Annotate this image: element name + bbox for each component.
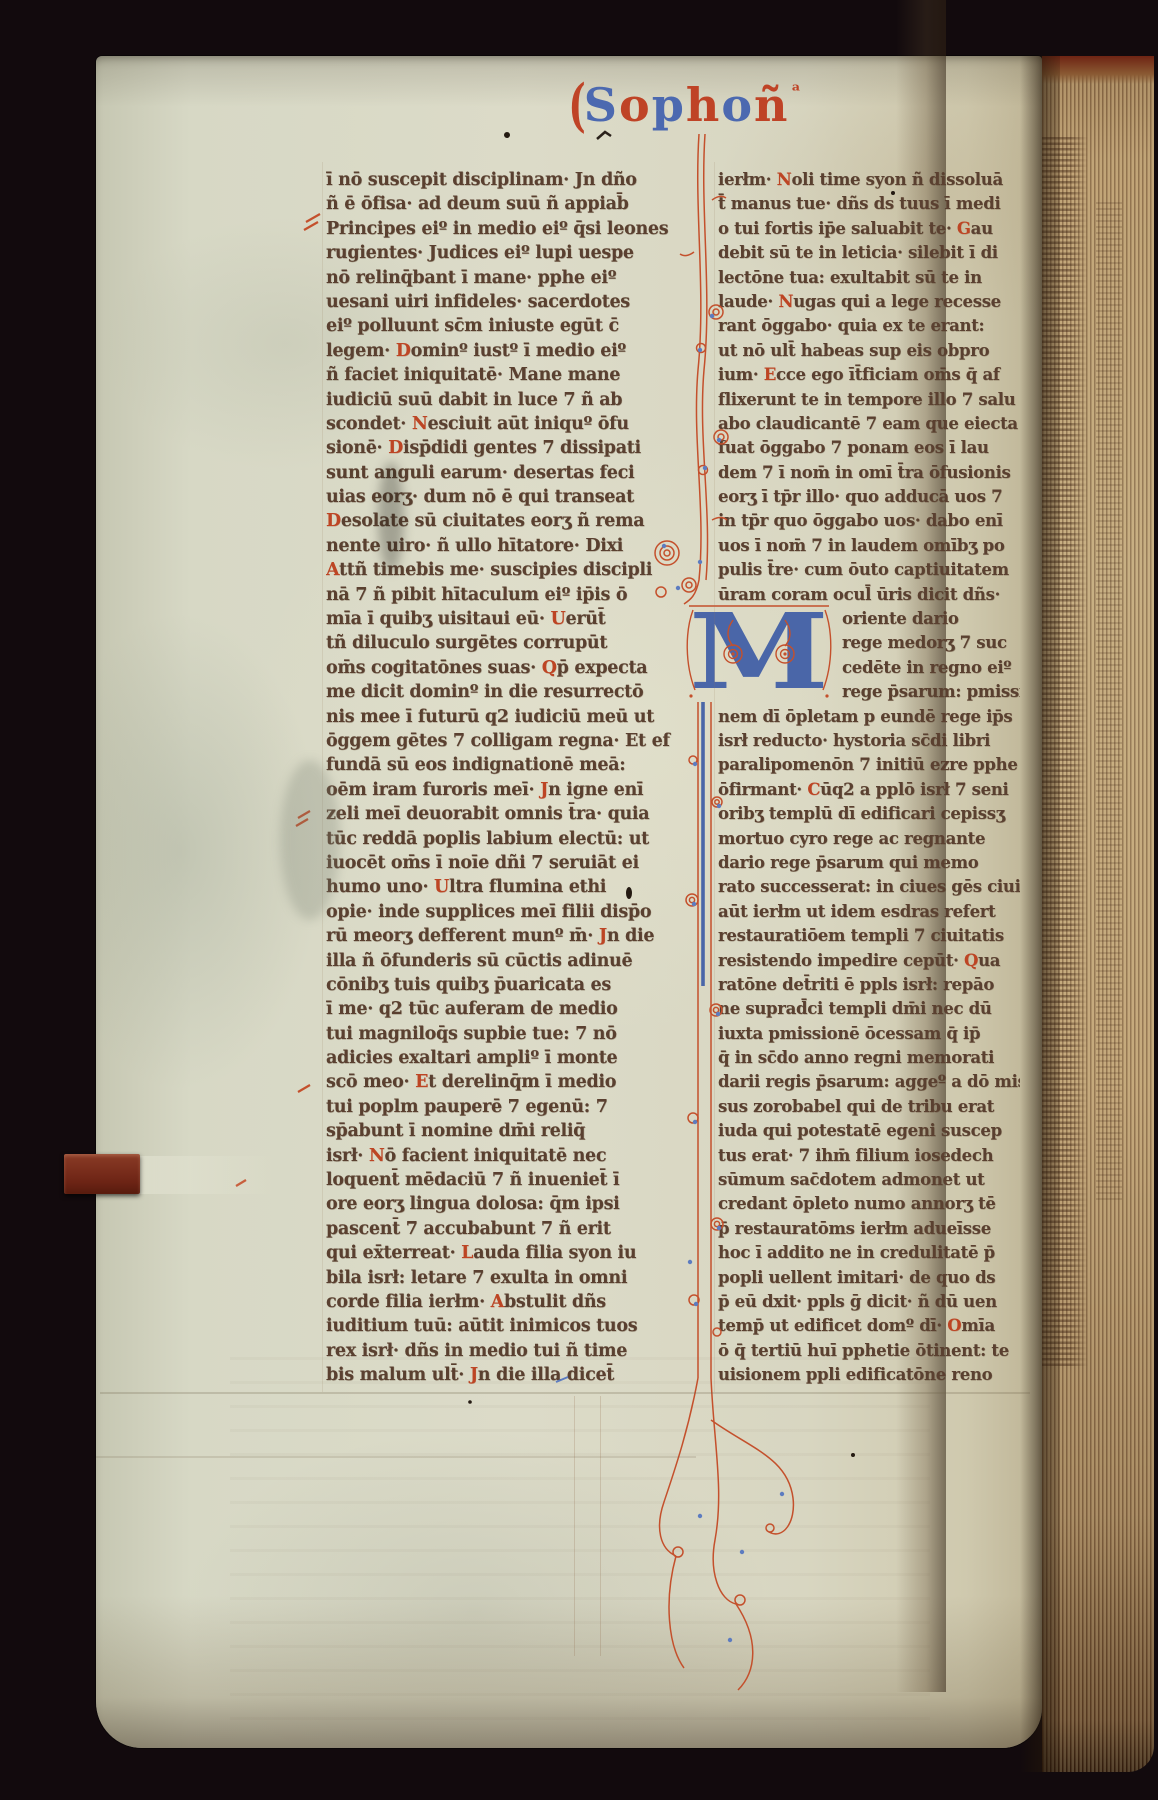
text-line: isrł reducto· hystoria sc̄di libri [718,729,1020,753]
text-line: ñ ē ōfisa· ad deum suū ñ appiab̄ [326,192,694,216]
text-line: tui poplm pauperē 7 egenū: 7 [326,1095,694,1119]
text-line: rant ōggabo· quia ex te erant: [718,314,1020,338]
running-title-letter: o [619,78,652,132]
vertical-showthrough-2 [600,1396,601,1656]
text-line: dem 7 ī nom̄ in omī t̄ra ōfusionis [718,461,1020,485]
text-line: ī nō suscepit disciplinam· Jn dño [326,168,694,192]
text-line: rex isrł· dñs in medio tui ñ time [326,1339,694,1363]
text-line: darii regis p̄sarum: aggeº a dō mis [718,1070,1020,1094]
text-line: ōfirmant· Cūq2 a pplō isrł 7 seni [718,778,1020,802]
running-title-letter: o [721,78,754,132]
text-line: iuocēt om̄s ī noīe dñi 7 seruiāt ei [326,851,694,875]
vertical-showthrough-1 [574,1396,575,1656]
running-title-letter: ñ [754,78,789,132]
text-line: ōggem gētes 7 colligam regna· Et ef [326,729,694,753]
text-line: tui magniloq̄s supbie tue: 7 nō [326,1022,694,1046]
ink-smudge [378,462,404,572]
text-bleed-through [230,1340,930,1720]
text-line: sionē· Disp̄didi gentes 7 dissipati [326,436,694,460]
text-line: in tp̄r quo ōggabo uos· dabo enī [718,509,1020,533]
text-line: paralipomenōn 7 initiū ezre pphe [718,753,1020,777]
text-line: q̄ in sc̄do anno regni memorati [718,1046,1020,1070]
binding-shadow [1020,56,1060,1772]
text-line: debit sū te in leticia· silebit ī di [718,241,1020,265]
text-line: loquent̄ mēdaciū 7 ñ inueniet̄ ī [326,1168,694,1192]
text-line: pulis t̄re· cum ōuto captiuitatem [718,558,1020,582]
text-line: rato successerat: in ciues gēs ciuit [718,875,1020,899]
text-line: cōnibʒ tuis quibʒ p̄uaricata es [326,973,694,997]
running-title-letter: S [584,78,619,132]
text-line: Attñ timebis me· suscipies discipli [326,558,694,582]
text-line: sūmum sac̄dotem admonet ut [718,1168,1020,1192]
text-line: mīa ī quibʒ uisitaui eū· Uerūt̄ [326,607,694,631]
text-line: sp̄abunt ī nomine dm̄i reliq̄ [326,1119,694,1143]
running-title: (Sophoñᵃ [566,62,803,120]
text-line: adicies exaltari ampliº ī monte [326,1046,694,1070]
text-line: ne suprad̄ci templi dm̄i nec dū [718,997,1020,1021]
text-line: hoc ī addito ne in credulitatē p̄ [718,1241,1020,1265]
text-line: popli uellent imitari· de quo ds [718,1266,1020,1290]
text-line: ore eorʒ lingua dolosa: q̄m ipsi [326,1192,694,1216]
text-line: ratōne det̄riti ē ppls isrł: repāo [718,973,1020,997]
text-line: tñ diluculo surgētes corrupūt [326,631,694,655]
running-title-letter: h [686,78,721,132]
text-line: resistendo impedire cepūt· Qua [718,949,1020,973]
text-line: opie· inde supplices meī filii disp̄o [326,900,694,924]
text-line: pascent̄ 7 accubabunt 7 ñ erit [326,1217,694,1241]
text-line: rū meorʒ defferent munº m̄· Jn die [326,924,694,948]
text-line: isrł· Nō facient iniquitatē nec [326,1144,694,1168]
text-column-right: ierłm· Noli time syon ñ dissoluāt̄ manus… [718,168,1020,1388]
text-line: lectōne tua: exultabit sū te in [718,266,1020,290]
horizontal-crease-1 [100,1392,1030,1394]
text-line: nis mee ī futurū q2 iudiciū meū ut [326,705,694,729]
text-line: nā 7 ñ pibit hītaculum eiº ip̄is ō [326,583,694,607]
text-line: fundā sū eos indignationē meā: [326,753,694,777]
text-line: sus zorobabel qui de tribu erat [718,1095,1020,1119]
text-line: eiº polluunt sc̄m iniuste egūt c̄ [326,314,694,338]
text-line: p̄ restauratōms ierłm adueīsse [718,1217,1020,1241]
text-line: p̄ eū dxit· ppls ḡ dicit· ñ dū uen [718,1290,1020,1314]
text-line: humo uno· Ultra flumina ethi [326,875,694,899]
text-line: uos ī nom̄ 7 in laudem omībʒ po [718,534,1020,558]
text-line: iuxta pmissionē ōcessam q̄ ip̄ [718,1022,1020,1046]
fore-edge-text-showthrough-2 [1096,200,1122,1200]
running-title-letter: p [652,78,686,132]
text-line: scondet· Nesciuit aūt iniquº ōfu [326,412,694,436]
text-line: mortuo cyro rege ac regnante [718,827,1020,851]
text-line: oribʒ templū dī edificari cepissʒ [718,802,1020,826]
text-line: abo claudicantē 7 eam que eiecta [718,412,1020,436]
text-line: restauratiōem templi 7 ciuitatis [718,924,1020,948]
text-line: iudiciū suū dabit in luce 7 ñ ab [326,388,694,412]
text-line: oēm iram furoris meī· Jn igne enī [326,778,694,802]
running-title-letter: ( [568,70,587,140]
initial-letter-glyph: M [689,602,829,702]
text-line: iuda qui potestatē egeni suscep [718,1119,1020,1143]
text-line: tus erat· 7 ihm̄ filium iosedech [718,1144,1020,1168]
text-line: ium· Ecce ego īt̄ficiam om̄s q̄ af [718,363,1020,387]
horizontal-crease-2 [96,1456,696,1458]
text-line: t̄ manus tue· dñs ds tuus ī medi [718,192,1020,216]
text-line: laude· Nugas qui a lege recesse [718,290,1020,314]
text-line: qui ex̄terreat· Lauda filia syon iu [326,1241,694,1265]
text-line: nō relinq̄bant ī mane· pphe eiº [326,266,694,290]
text-line: ut nō ult̄ habeas sup eis obpro [718,339,1020,363]
text-line: ō q̄ tertiū huī pphetie ōtinent: te [718,1339,1020,1363]
decorated-initial: M [683,602,835,702]
text-line: ī me· q2 tūc auferam de medio [326,997,694,1021]
text-line: scō meo· Et derelinq̄m ī medio [326,1070,694,1094]
text-line: bis malum ult̄· Jn die illa dicet̄ [326,1363,694,1387]
text-line: bila isrł: letare 7 exulta in omni [326,1266,694,1290]
text-line: uesani uiri infideles· sacerdotes [326,290,694,314]
text-line: nem dī ōpletam p eundē rege ip̄s [718,705,1020,729]
text-line: credant ōpleto numo annorʒ tē [718,1192,1020,1216]
gray-stain [280,760,340,920]
bookmark-tab [64,1154,140,1194]
manuscript-photo: (Sophoñᵃ ī nō suscepit disciplinam· Jn d… [0,0,1158,1800]
text-line: zeli meī deuorabit omnis t̄ra· quia [326,802,694,826]
text-column-left: ī nō suscepit disciplinam· Jn dñoñ ē ōfi… [326,168,694,1388]
text-line: rugientes· Judices eiº lupi uespe [326,241,694,265]
text-line: temp̄ ut edificet domº dī· Omīa [718,1314,1020,1338]
text-line: aūt ierłm ut idem esdras refert [718,900,1020,924]
text-line: ierłm· Noli time syon ñ dissoluā [718,168,1020,192]
text-line: eorʒ ī tp̄r illo· quo adducā uos 7 [718,485,1020,509]
text-line: flixerunt te in tempore illo 7 salu [718,388,1020,412]
text-line: dario rege p̄sarum qui memo [718,851,1020,875]
text-line: me dicit dominº in die resurrectō [326,680,694,704]
text-line: Principes eiº in medio eiº q̄si leones [326,217,694,241]
text-line: fuat ōggabo 7 ponam eos ī lau [718,436,1020,460]
text-line: iuditium tuū: aūtit inimicos tuos [326,1314,694,1338]
text-line: tūc reddā poplis labium electū: ut [326,827,694,851]
text-line: legem· Dominº iustº ī medio eiº [326,339,694,363]
text-line: uisionem ppli edificatōne reno [718,1363,1020,1387]
text-line: illa ñ ōfunderis sū cūctis adinuē [326,949,694,973]
text-line: ñ faciet iniquitatē· Mane mane [326,363,694,387]
text-line: om̄s cogitatōnes suas· Qp̄ expecta [326,656,694,680]
running-title-letter: ᵃ [791,78,802,102]
ruling-line-gutter [714,162,715,1392]
text-line: corde filia ierłm· Abstulit dñs [326,1290,694,1314]
text-line: o tui fortis ip̄e saluabit te· Gau [718,217,1020,241]
